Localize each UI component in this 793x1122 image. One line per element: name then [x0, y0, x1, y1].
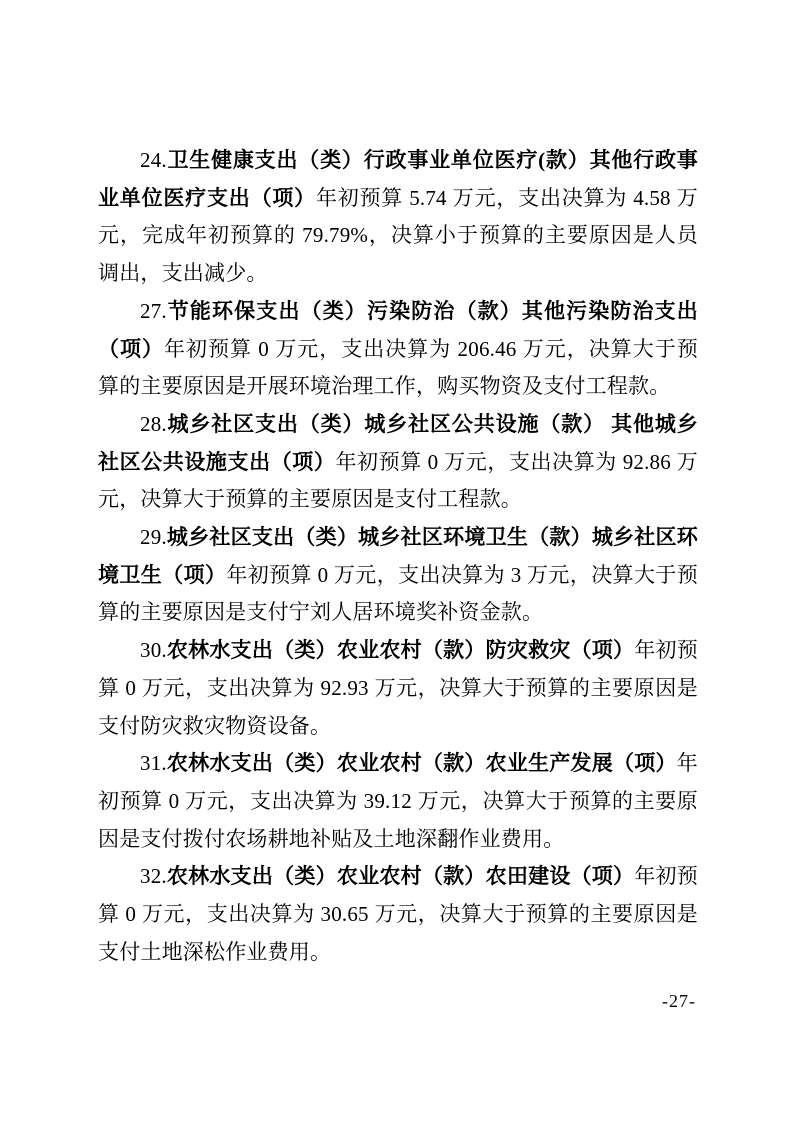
item-heading: 农林水支出（类）农业农村（款）防灾救灾（项） — [167, 638, 634, 662]
item-number: 28. — [140, 412, 167, 436]
item-number: 24. — [140, 148, 167, 172]
paragraph-27: 27.节能环保支出（类）污染防治（款）其他污染防治支出（项）年初预算 0 万元，… — [98, 293, 698, 406]
item-number: 31. — [140, 751, 167, 775]
item-number: 30. — [140, 638, 167, 662]
paragraph-24: 24.卫生健康支出（类）行政事业单位医疗(款）其他行政事业单位医疗支出（项）年初… — [98, 142, 698, 293]
paragraph-29: 29.城乡社区支出（类）城乡社区环境卫生（款）城乡社区环境卫生（项）年初预算 0… — [98, 519, 698, 632]
item-body: 年初预算 0 万元，支出决算为 206.46 万元，决算大于预算的主要原因是开展… — [98, 337, 698, 399]
paragraph-28: 28.城乡社区支出（类）城乡社区公共设施（款） 其他城乡社区公共设施支出（项）年… — [98, 406, 698, 519]
item-number: 27. — [140, 299, 167, 323]
paragraph-32: 32.农林水支出（类）农业农村（款）农田建设（项）年初预算 0 万元，支出决算为… — [98, 858, 698, 971]
item-number: 32. — [140, 864, 167, 888]
page-number: -27- — [662, 991, 696, 1011]
item-number: 29. — [140, 525, 167, 549]
document-page: 24.卫生健康支出（类）行政事业单位医疗(款）其他行政事业单位医疗支出（项）年初… — [0, 0, 793, 1122]
document-body: 24.卫生健康支出（类）行政事业单位医疗(款）其他行政事业单位医疗支出（项）年初… — [98, 142, 698, 971]
paragraph-30: 30.农林水支出（类）农业农村（款）防灾救灾（项）年初预算 0 万元，支出决算为… — [98, 632, 698, 745]
paragraph-31: 31.农林水支出（类）农业农村（款）农业生产发展（项）年初预算 0 万元，支出决… — [98, 745, 698, 858]
item-heading: 农林水支出（类）农业农村（款）农田建设（项） — [167, 864, 634, 888]
item-heading: 农林水支出（类）农业农村（款）农业生产发展（项） — [167, 751, 677, 775]
